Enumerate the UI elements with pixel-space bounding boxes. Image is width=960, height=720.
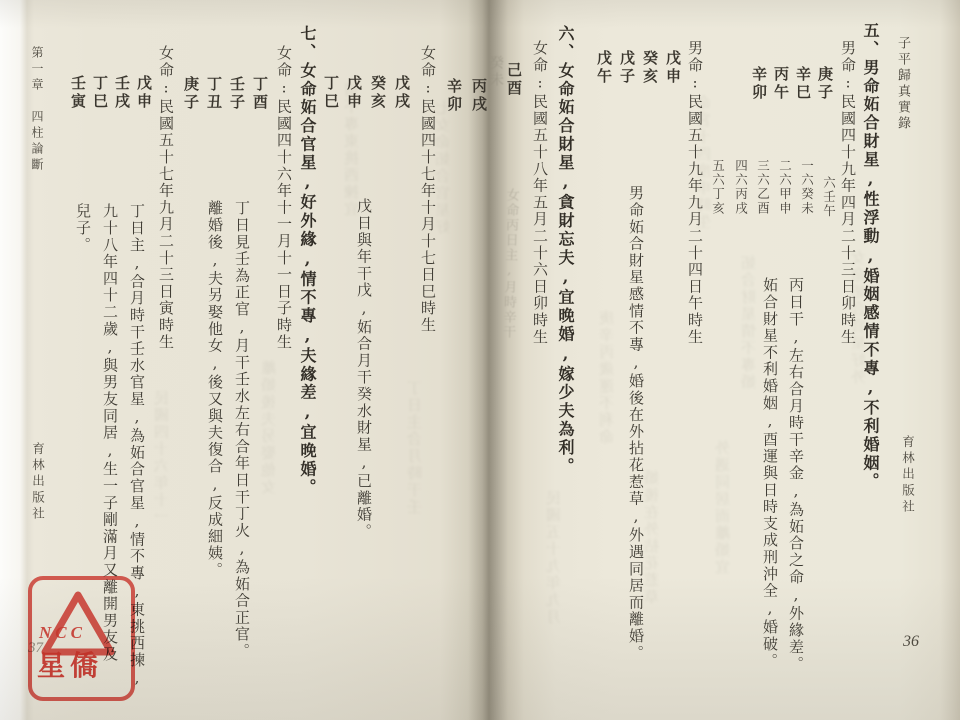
pillar: 戊戌: [394, 75, 409, 111]
commentary: 戊日與年干戊,妬合月干癸水財星,已離婚。: [356, 198, 371, 540]
pillar: 丁巳: [323, 75, 338, 111]
pillar: 癸亥: [642, 50, 657, 86]
pillar: 戊申: [346, 75, 361, 111]
gutter-curved-text: 女命丙日主,月時辛干: [501, 188, 518, 340]
section-7-heading: 七、女命妬合官星,好外緣,情不專,夫緣差,宜晚婚。: [299, 25, 315, 497]
pillar: 庚子: [183, 76, 198, 112]
commentary: 男命妬合財星感情不專,婚後在外拈花惹草,外遇同居而離婚。: [628, 185, 643, 661]
bleedthrough-ghost: 丁日主合月時干壬: [408, 380, 423, 516]
pillar: 壬寅: [70, 75, 85, 111]
pillar: 丙戌: [471, 78, 486, 114]
commentary: 丙日干,左右合月時干辛金,為妬合之命,外緣差。: [788, 277, 803, 672]
publisher-colophon: 育林出版社: [31, 442, 44, 523]
luck-period: 六壬午: [822, 176, 835, 218]
pillar: 戊午: [596, 50, 611, 86]
pillar: 丁巳: [92, 75, 107, 111]
bleedthrough-ghost: 婚後在外拈花惹草: [645, 470, 660, 606]
chart-intro: 女命:民國四十六年十一月十一日子時生: [276, 45, 291, 350]
chart-intro: 男命:民國四十九年四月二十三日卯時生: [840, 40, 855, 345]
pillar: 壬戌: [114, 75, 129, 111]
luck-period: 四六丙戌: [734, 159, 747, 215]
book-scan: 子平歸真實錄五、男命妬合財星,性浮動,婚姻感情不專,不利婚姻。男命:民國四十九年…: [0, 0, 960, 720]
bleedthrough-ghost: 外遇同居而離婚宜: [716, 440, 731, 576]
pillar: 辛卯: [446, 78, 461, 114]
pillar: 癸亥: [370, 75, 385, 111]
luck-period: 二六甲申: [778, 159, 791, 215]
pillar: 壬子: [229, 76, 244, 112]
chapter-heading: 第一章 四柱論斷: [31, 46, 43, 174]
luck-period: 五六丁亥: [711, 159, 724, 215]
bleedthrough-ghost: 離婚後夫另娶他女: [262, 360, 277, 496]
chart-intro: 男命:民國五十九年九月二十四日午時生: [687, 40, 702, 345]
page-number-right: 36: [903, 633, 919, 651]
commentary: 離婚後,夫另娶他女,後又與夫復合,反成細姨。: [207, 200, 222, 579]
logo-ncc-text: NCC: [39, 623, 86, 643]
pillar: 辛卯: [751, 66, 766, 102]
pillar: 庚子: [817, 66, 832, 102]
ncc-seal-watermark: NCC 星僑: [28, 576, 135, 701]
commentary: 妬合財星不利婚姻,酉運與日時支成刑沖全,婚破。: [762, 277, 777, 669]
pillar: 丁丑: [206, 76, 221, 112]
bleedthrough-ghost: 民國五十九年九月: [547, 490, 562, 626]
chart-intro: 女命:民國四十七年十月十七日巳時生: [420, 45, 435, 334]
pillar-gutter-faint: 癸未: [489, 55, 503, 89]
pillar: 丙午: [773, 66, 788, 102]
commentary: 兒子。: [75, 203, 90, 253]
pillar: 辛巳: [795, 66, 810, 102]
chart-intro: 女命:民國五十八年五月二十六日卯時生: [532, 40, 547, 345]
pillar: 丁酉: [252, 76, 267, 112]
commentary: 丁日見壬為正官,月干壬水左右合年日干丁火,為妬合正官。: [234, 200, 249, 660]
bleedthrough-ghost: 民國四十六年十一: [155, 390, 170, 526]
bleedthrough-ghost: 妬合財星情不專婚: [742, 255, 757, 391]
bleedthrough-ghost: 庚辛丙歲運不利命: [600, 310, 615, 446]
section-5-heading: 五、男命妬合財星,性浮動,婚姻感情不專,不利婚姻。: [862, 22, 878, 491]
publisher-colophon: 育林出版社: [901, 435, 914, 516]
running-title: 子平歸真實錄: [896, 36, 909, 132]
pillar: 戊子: [619, 50, 634, 86]
luck-period: 一六癸未: [800, 159, 813, 215]
section-6-heading: 六、女命妬合財星,貪財忘夫,宜晚婚,嫁少夫為利。: [557, 25, 573, 476]
pillar: 己酉: [506, 62, 521, 98]
luck-period: 三六乙酉: [756, 159, 769, 215]
pillar: 戊申: [665, 50, 680, 86]
bleedthrough-ghost: 七女命妬合官星好: [436, 100, 451, 236]
chart-intro: 女命:民國五十七年九月二十三日寅時生: [158, 45, 173, 350]
logo-xingqiao-text: 星僑: [37, 644, 103, 684]
pillar: 戊申: [136, 75, 151, 111]
